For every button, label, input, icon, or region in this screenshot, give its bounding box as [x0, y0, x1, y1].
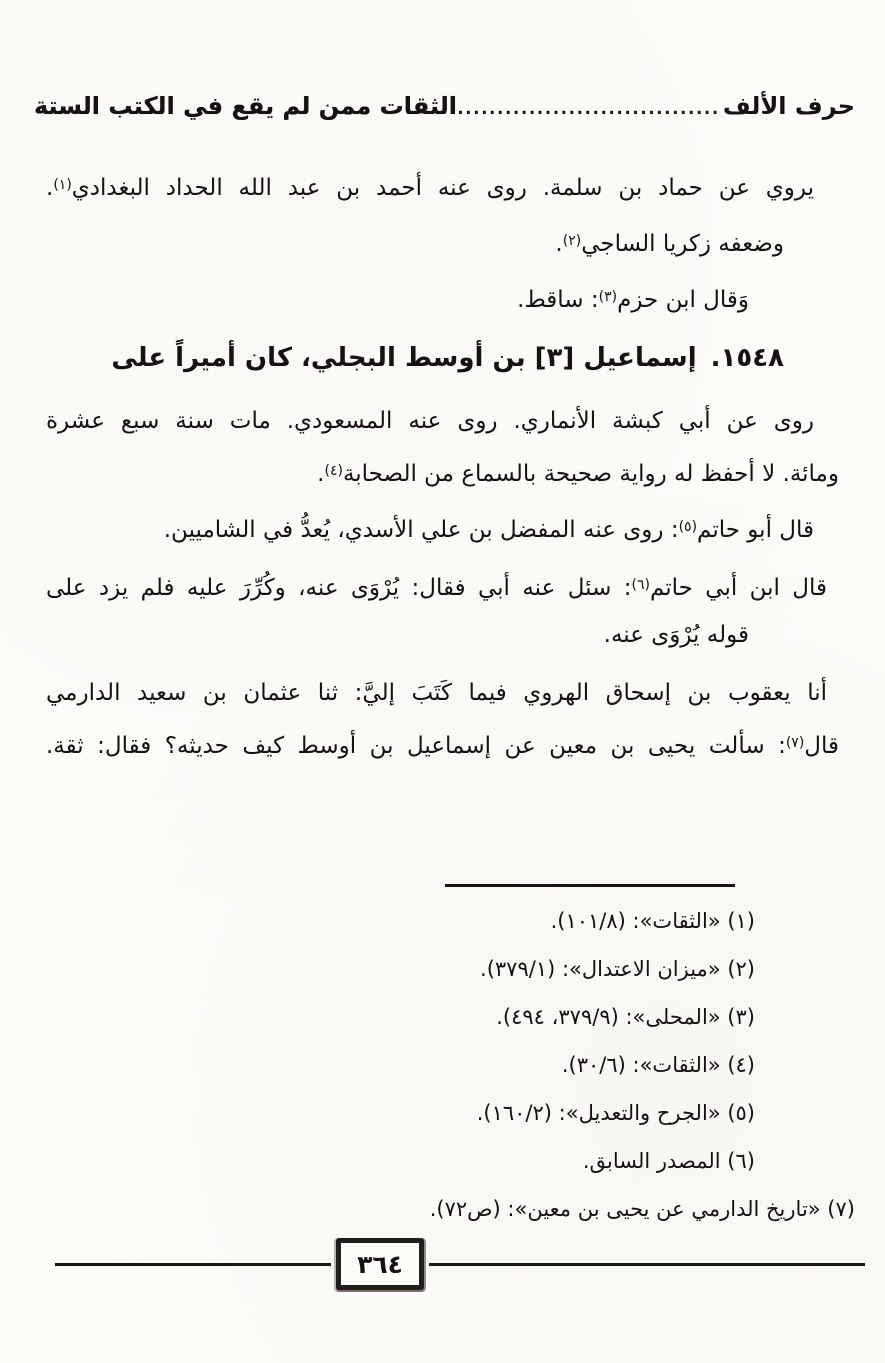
running-header: حرف الألف ..............................…	[0, 0, 885, 120]
footnote-marker-2: (٢)	[563, 233, 581, 249]
paragraph-saji: وضعفه زكريا الساجي(٢).	[46, 216, 839, 266]
footnote-marker-5: (٥)	[679, 519, 697, 535]
paragraph-text: قال ابن أبي حاتم	[650, 575, 827, 601]
footnote: (٢) «ميزان الاعتدال»: (٣٧٩/١).	[0, 945, 755, 993]
footnote-marker-6: (٦)	[631, 577, 649, 593]
footnote: (٣) «المحلى»: (٣٧٩/٩، ٤٩٤).	[0, 993, 755, 1041]
footnote: (٦) المصدر السابق.	[0, 1137, 755, 1185]
paragraph-text: أنا يعقوب بن إسحاق الهروي فيما كَتَبَ إل…	[46, 680, 827, 706]
paragraph-ibn-abi-hatim-line1: قال ابن أبي حاتم(٦): سئل عنه أبي فقال: ي…	[46, 560, 839, 610]
paragraph-text: ومائة. لا أحفظ له رواية صحيحة بالسماع من…	[343, 461, 839, 487]
footnotes-block: (١) «الثقات»: (١٠١/٨). (٢) «ميزان الاعتد…	[0, 887, 885, 1233]
footnote-marker-3: (٣)	[599, 289, 617, 305]
footnote-marker-7: (٧)	[786, 735, 804, 751]
paragraph-tail: : روى عنه المفضل بن علي الأسدي، يُعدُّ ف…	[164, 517, 679, 543]
book-title: الثقات ممن لم يقع في الكتب الستة	[34, 92, 457, 120]
paragraph-biography-line2: ومائة. لا أحفظ له رواية صحيحة بالسماع من…	[46, 446, 839, 496]
book-page: حرف الألف ..............................…	[0, 0, 885, 1363]
footnote: (٥) «الجرح والتعديل»: (١٦٠/٢).	[0, 1089, 755, 1137]
paragraph-text: روى عن أبي كبشة الأنماري. روى عنه المسعو…	[46, 408, 814, 434]
entry-number: ١٥٤٨.	[711, 343, 784, 373]
paragraph-ibn-abi-hatim-line2: قوله يُرْوَى عنه.	[46, 610, 839, 660]
footnote: (٧) «تاريخ الدارمي عن يحيى بن معين»: (ص٧…	[0, 1185, 855, 1233]
footnote-marker-4: (٤)	[324, 463, 342, 479]
paragraph-tail: : سألت يحيى بن معين عن إسماعيل بن أوسط ك…	[46, 733, 786, 759]
paragraph-biography-line1: روى عن أبي كبشة الأنماري. روى عنه المسعو…	[46, 396, 839, 446]
page-number: ٣٦٤	[357, 1250, 403, 1279]
paragraph-tail: .	[555, 231, 562, 257]
page-number-box: ٣٦٤	[336, 1238, 424, 1290]
paragraph-text: وضعفه زكريا الساجي	[581, 231, 784, 257]
paragraph-ibn-hazm: وَقال ابن حزم(٣): ساقط.	[46, 272, 839, 322]
paragraph-tail: : سئل عنه أبي فقال: يُرْوَى عنه، وكُرِّر…	[46, 575, 631, 601]
entry-body: يروي عن حماد بن سلمة. روى عنه أحمد بن عب…	[0, 120, 885, 768]
paragraph-text: قال أبو حاتم	[697, 517, 814, 543]
footnote: (١) «الثقات»: (١٠١/٨).	[0, 897, 755, 945]
chapter-title: حرف الألف	[723, 92, 855, 120]
paragraph-darimi-line2: قال(٧): سألت يحيى بن معين عن إسماعيل بن …	[46, 718, 839, 768]
entry-name: إسماعيل [٣] بن أوسط البجلي، كان أميراً ع…	[111, 343, 784, 386]
footer-rule-left	[55, 1263, 331, 1266]
paragraph-darimi-line1: أنا يعقوب بن إسحاق الهروي فيما كَتَبَ إل…	[46, 668, 839, 718]
paragraph-text: قوله يُرْوَى عنه.	[604, 622, 749, 648]
paragraph-tail: : ساقط.	[517, 287, 598, 313]
footnote-marker-1: (١)	[53, 177, 71, 193]
dotted-leader: ........................................…	[457, 99, 723, 119]
paragraph-abu-hatim: قال أبو حاتم(٥): روى عنه المفضل بن علي ا…	[46, 502, 839, 552]
entry-heading: ١٥٤٨.إسماعيل [٣] بن أوسط البجلي، كان أمي…	[46, 330, 839, 386]
footnote: (٤) «الثقات»: (٣٠/٦).	[0, 1041, 755, 1089]
paragraph-text: وَقال ابن حزم	[617, 287, 749, 313]
footer-rule-right	[429, 1263, 865, 1266]
paragraph-text: قال	[804, 733, 839, 759]
paragraph-narrators: يروي عن حماد بن سلمة. روى عنه أحمد بن عب…	[46, 160, 839, 210]
paragraph-text: يروي عن حماد بن سلمة. روى عنه أحمد بن عب…	[72, 175, 814, 201]
page-footer: ٣٦٤	[0, 1237, 885, 1291]
